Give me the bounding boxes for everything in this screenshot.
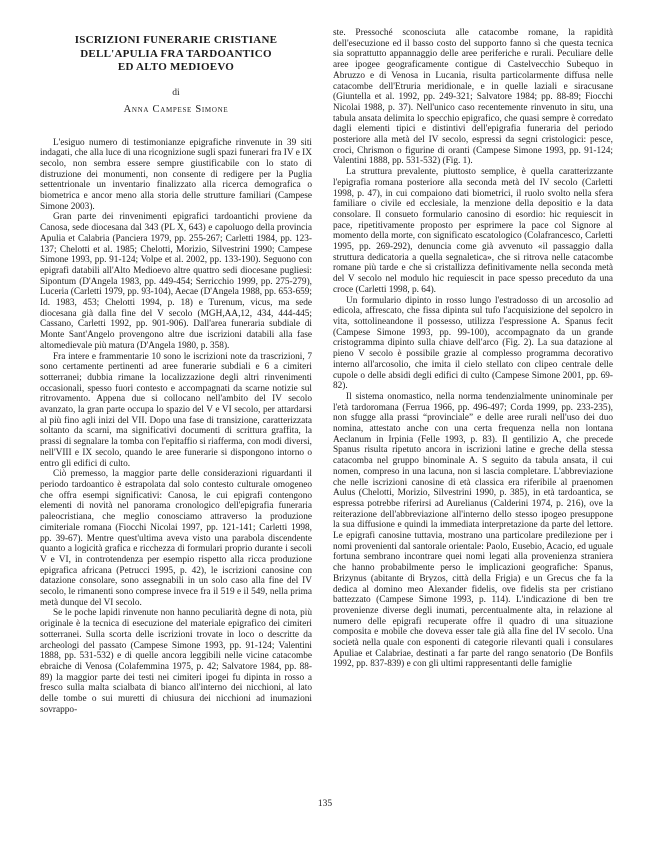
paragraph: Il sistema onomastico, nella norma tende… xyxy=(333,392,613,670)
article-title-line-2: DELL'APULIA FRA TARDOANTICO xyxy=(40,48,312,62)
paragraph: ste. Pressoché sconosciuta alle catacomb… xyxy=(333,28,613,167)
right-column-text: ste. Pressoché sconosciuta alle catacomb… xyxy=(333,28,613,670)
left-column: ISCRIZIONI FUNERARIE CRISTIANE DELL'APUL… xyxy=(40,28,312,715)
two-column-layout: ISCRIZIONI FUNERARIE CRISTIANE DELL'APUL… xyxy=(40,28,613,715)
article-title-line-1: ISCRIZIONI FUNERARIE CRISTIANE xyxy=(40,34,312,48)
paragraph: Un formulario dipinto in rosso lungo l'e… xyxy=(333,296,613,392)
article-header: ISCRIZIONI FUNERARIE CRISTIANE DELL'APUL… xyxy=(40,34,312,115)
left-column-text: L'esiguo numero di testimonianze epigraf… xyxy=(40,138,312,716)
author-name: Anna Campese Simone xyxy=(40,104,312,115)
right-column: ste. Pressoché sconosciuta alle catacomb… xyxy=(333,28,613,715)
paragraph: Se le poche lapidi rinvenute non hanno p… xyxy=(40,608,312,715)
paragraph: L'esiguo numero di testimonianze epigraf… xyxy=(40,138,312,213)
paragraph: Gran parte dei rinvenimenti epigrafici t… xyxy=(40,212,312,351)
page-number: 135 xyxy=(0,799,650,809)
byline: di xyxy=(40,88,312,98)
article-title: ISCRIZIONI FUNERARIE CRISTIANE DELL'APUL… xyxy=(40,34,312,75)
paragraph: Ciò premesso, la maggior parte delle con… xyxy=(40,469,312,608)
paragraph: Fra intere e frammentarie 10 sono le isc… xyxy=(40,352,312,470)
page: ISCRIZIONI FUNERARIE CRISTIANE DELL'APUL… xyxy=(0,0,650,841)
article-title-line-3: ED ALTO MEDIOEVO xyxy=(40,61,312,75)
paragraph: La struttura prevalente, piuttosto sempl… xyxy=(333,167,613,295)
